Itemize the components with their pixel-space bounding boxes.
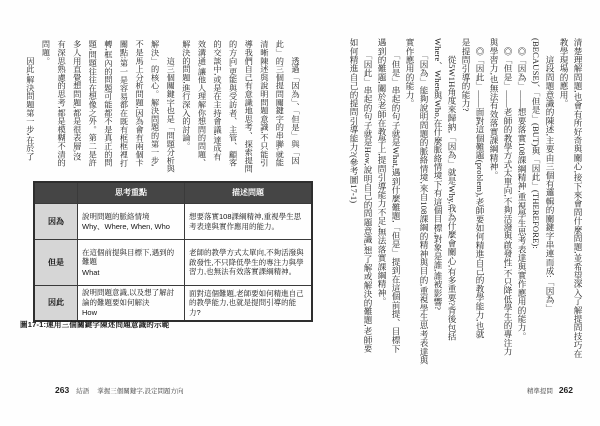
- text-column: 透過「因為」、「但是」與「因: [287, 40, 303, 173]
- row-label: 因為: [34, 204, 78, 240]
- table-row-because: 因為 說明問題的脈絡情境 Why、Where, When, Who 想要落實10…: [34, 204, 312, 240]
- section-label: 結語: [76, 388, 89, 395]
- text-column: ◎「因此」——面對這個難題(problem),老師要如何精進自己的教學能力,也就: [473, 38, 487, 370]
- header-label-cell: [34, 182, 78, 204]
- text-column: 清晰陳述與說明問題意識,不只能引: [256, 40, 272, 173]
- text-column: 此」的三個提問關鍵字的串聯,就能: [272, 40, 288, 173]
- text-column: (BECAUSE)、「但是」(BUT)與「因此」(THEREFORE):: [529, 38, 543, 370]
- keyword-en: What: [82, 268, 180, 278]
- chapter-title: 掌握三個關鍵字,設定問題方向: [97, 388, 183, 395]
- text-column: 清楚理解問題,也會有所好奇與關心,接下來會問什麼問題,並希望深入了解提問技巧在: [571, 38, 585, 370]
- keyword-en: How: [82, 308, 180, 318]
- text-column: 解決的問題,進行深入的討論。: [178, 40, 194, 173]
- summary-table: 思考重點 描述問題 因為 說明問題的脈絡情境 Why、Where, When, …: [33, 181, 313, 322]
- thinking-point-text: 說明問題的脈絡情境: [82, 212, 180, 222]
- text-column: 這段問題意識的陳述,主要由三個有邏輯的關鍵字串連而成:「因為」: [543, 38, 557, 370]
- thinking-point-cell: 說明問題意識,以及想了解討論的難題要如何解決 How: [78, 286, 185, 321]
- table-row-but: 但是 在這個前提與目標下,遇到的難題 What 老師的教學方式太單向,不夠活潑與…: [34, 240, 312, 286]
- right-page-text: 清楚理解問題,也會有所好奇與關心,接下來會問什麼問題,並希望深入了解提問技巧在教…: [345, 38, 585, 370]
- text-column: ◎「但是」——老師的教學方式太單向,不夠活潑與啟發性,不只降低學生的專注力: [501, 38, 515, 370]
- text-column: 的方向,更能與受訪者、主管、顧客: [225, 40, 241, 173]
- text-column: 題,問題往往在想像之外。第二是許: [85, 40, 101, 173]
- keyword-en: Why、Where, When, Who: [82, 222, 180, 232]
- text-column: 「但是」串起的句子就是What,遇到什麼難題,「但是」提到在這個前提、目標下: [389, 38, 403, 370]
- thinking-point-text: 說明問題意識,以及想了解討論的難題要如何解決: [82, 288, 180, 307]
- text-column: 與學習力,也無法有效落實課綱精神。: [487, 38, 501, 370]
- text-column: 問題。: [38, 40, 54, 173]
- text-column: 解決」的核心。解決問題的第一步,: [147, 40, 163, 173]
- table-row-therefore: 因此 說明問題意識,以及想了解討論的難題要如何解決 How 面對這個難題,老師要…: [34, 286, 312, 321]
- page-number-left: 263: [55, 385, 69, 395]
- text-column: 是提問引導的能力?: [459, 38, 473, 370]
- text-column: 關點:第一是容易都在既有框框裡打: [116, 40, 132, 173]
- thinking-point-cell: 說明問題的脈絡情境 Why、Where, When, Who: [78, 204, 185, 240]
- figure-caption: 圖17-1:運用三個關鍵字陳述問題意識的示範: [20, 319, 169, 330]
- text-column: Where、When與Who,在什麼脈絡情境下有這個目標,對象是誰,誰被影響?: [431, 38, 445, 370]
- describe-problem-cell: 老師的教學方式太單向,不夠活潑與啟發性,不只降低學生的專注力與學習力,也無法有效…: [185, 240, 313, 286]
- describe-problem-cell: 想要落實108課綱精神,重視學生思考表達與實作應用的能力。: [185, 204, 313, 240]
- row-label: 因此: [34, 286, 78, 321]
- left-footer: 263結語掌握三個關鍵字,設定問題方向: [55, 385, 184, 395]
- table-header-row: 思考重點 描述問題: [34, 182, 312, 204]
- text-column: 轉,框內的問題可能都不是真正的問: [100, 40, 116, 173]
- text-column: 導我們自己有意識地思考、探索提問: [241, 40, 257, 173]
- text-column: 教學現場的應用。: [557, 38, 571, 370]
- text-column: 遇到的難題,關於老師在教學上,提問引導能力不足,無法落實課綱精神。: [375, 38, 389, 370]
- thinking-point-text: 在這個前提與目標下,遇到的難題: [82, 248, 180, 267]
- text-column: ◎「因為」——想要落實108課綱精神,重視學生思考表達與實作應用的能力。: [515, 38, 529, 370]
- book-title: 精準提問: [527, 388, 553, 395]
- text-column: 因此,解決問題第一步,在於了: [22, 40, 38, 173]
- left-page-text: 透過「因為」、「但是」與「因此」的三個提問關鍵字的串聯,就能清晰陳述與說明問題意…: [20, 40, 303, 173]
- text-column: 如何精進自己的提問引導能力?(參考圖17-1): [347, 38, 361, 370]
- right-footer: 精準提問262: [527, 385, 573, 395]
- text-column: 有深思熟慮的思考,都是模糊不清的: [54, 40, 70, 173]
- text-column: 實作應用的能力。: [403, 38, 417, 370]
- text-column: 效溝通,讓他人理解你想問的問題、: [194, 40, 210, 173]
- text-column: 的交談中,或是在主持會議,達成有: [209, 40, 225, 173]
- text-column: 從5W1H角度來歸納,「因為」就是Why,我為什麼會關心,有多重要?背後包括: [445, 38, 459, 370]
- text-column: 「因為」能夠說明問題的脈絡情境,來自108課綱的精神與目的,重視學生思考表達與: [417, 38, 431, 370]
- text-column: 「因此」串起的句子就是How,說明自己的問題意識,想了解或解決的難題,老師要: [361, 38, 375, 370]
- header-describe-problem: 描述問題: [185, 182, 313, 204]
- text-column: 這三個關鍵字也是「問題分析與: [163, 40, 179, 173]
- text-column: 多人用直覺想問題,都是很表層,沒: [69, 40, 85, 173]
- thinking-point-cell: 在這個前提與目標下,遇到的難題 What: [78, 240, 185, 286]
- header-thinking-point: 思考重點: [78, 182, 185, 204]
- book-spread: 清楚理解問題,也會有所好奇與關心,接下來會問什麼問題,並希望深入了解提問技巧在教…: [0, 0, 600, 426]
- text-column: 不是馬上分析問題,因為會有兩個卡: [131, 40, 147, 173]
- describe-problem-cell: 面對這個難題,老師要如何精進自己的教學能力,也就是提問引導的能力?: [185, 286, 313, 321]
- page-number-right: 262: [559, 385, 573, 395]
- row-label: 但是: [34, 240, 78, 286]
